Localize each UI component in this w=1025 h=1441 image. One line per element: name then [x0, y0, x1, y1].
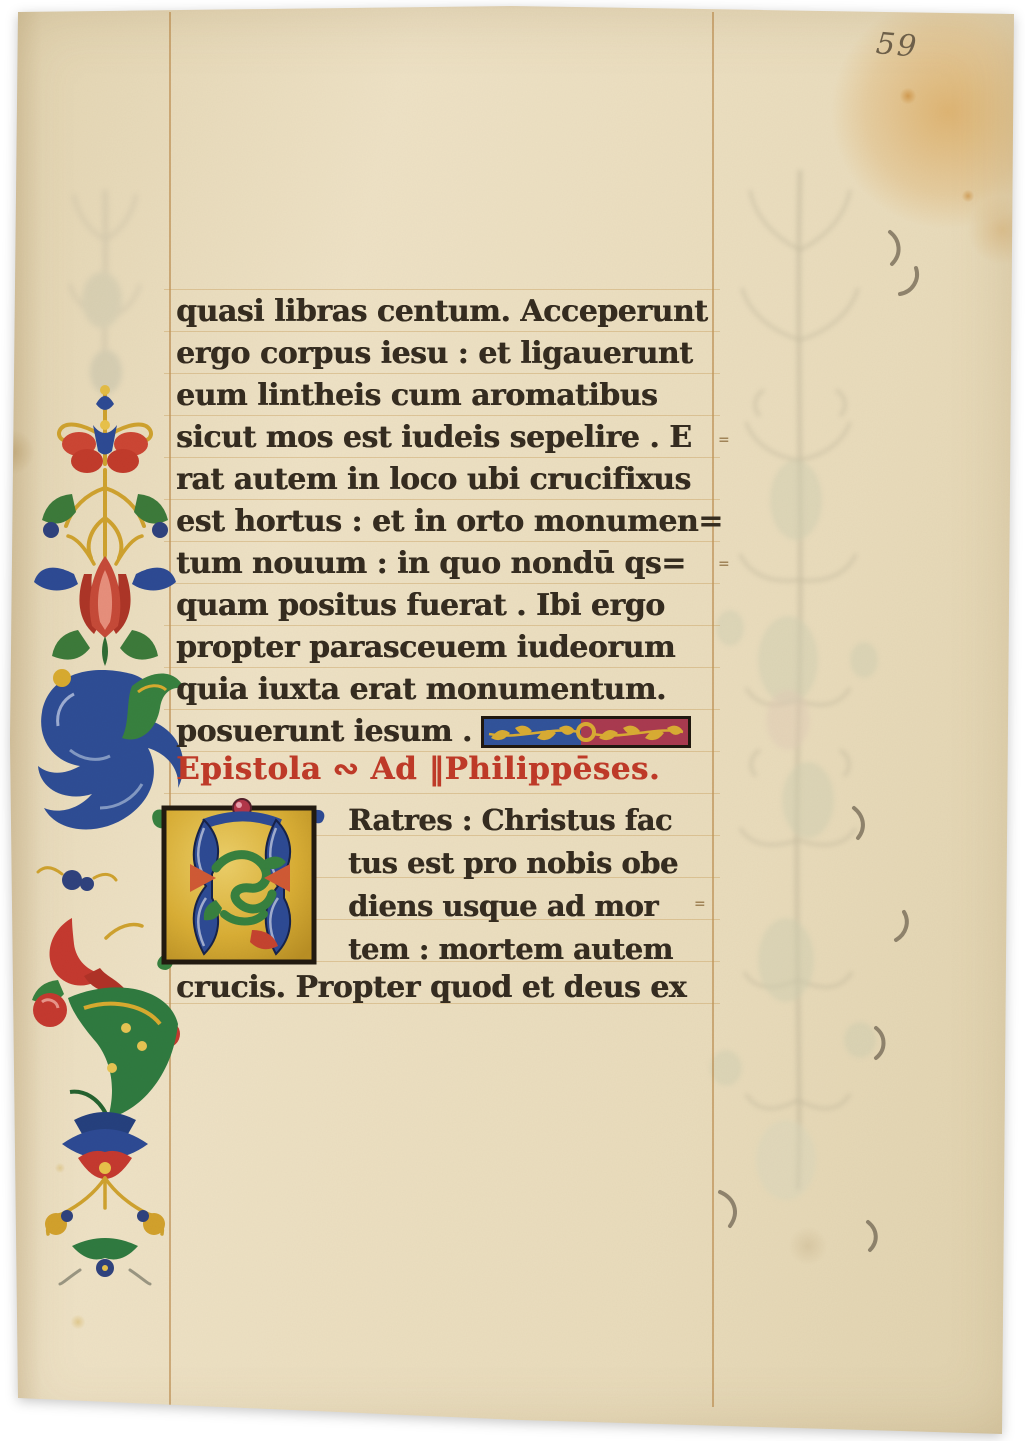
text-line: eum lintheis cum aromatibus [176, 375, 721, 417]
text-line: ergo corpus iesu : et ligauerunt [176, 333, 721, 375]
gospel-text-block: quasi libras centum. Acceperunt ergo cor… [176, 291, 721, 753]
text-line: quam positus fuerat . Ibi ergo [176, 585, 721, 627]
text-line: tus est pro nobis obe [348, 842, 720, 885]
blue-red-blossom-icon [62, 1112, 148, 1179]
gold-tip-icon [100, 385, 110, 395]
gold-pods-icon [45, 1178, 165, 1235]
margin-correction-mark: = [718, 432, 730, 448]
manuscript-leaf: 59 [0, 0, 1025, 1441]
folio-number: 59 [875, 26, 920, 65]
berry-highlight [236, 802, 242, 808]
blue-berries-icon [38, 868, 116, 891]
text-line: tum nouum : in quo nondū qs= [176, 543, 721, 585]
red-tulip-icon [34, 536, 176, 666]
text-line: crucis. Propter quod et deus ex [176, 970, 686, 1005]
photo-background: 59 [0, 0, 1025, 1441]
green-acanthus-icon [33, 987, 180, 1118]
text-line: quia iuxta erat monumentum. [176, 669, 721, 711]
text-line: Ratres : Christus fac [348, 799, 720, 842]
text-line: sicut mos est iudeis sepelire . E [176, 417, 721, 459]
margin-correction-mark: = [718, 556, 730, 572]
rubric-line: Epistola ∾ Ad ‖Philippēses. [176, 751, 721, 787]
text-line: rat autem in loco ubi crucifixus [176, 459, 721, 501]
text-line: tem : mortem autem [348, 928, 720, 971]
epistle-text-block: Ratres : Christus fac tus est pro nobis … [348, 799, 720, 971]
illuminated-initial-F [160, 802, 318, 968]
text-line: propter parasceuem iudeorum [176, 627, 721, 669]
show-through-spray-left [40, 150, 170, 410]
leaf-shadow-wrap: 59 [0, 0, 1025, 1441]
line-filler-bar [481, 716, 691, 748]
margin-correction-mark: = [694, 896, 706, 912]
text-line: quasi libras centum. Acceperunt [176, 291, 721, 333]
green-leaf-berry-icon [60, 1238, 150, 1284]
blue-bud-icon [96, 396, 114, 410]
text-line: diens usque ad mor [348, 885, 720, 928]
text-line: est hortus : et in orto monumen= [176, 501, 721, 543]
ghost-foliage [710, 170, 878, 1200]
